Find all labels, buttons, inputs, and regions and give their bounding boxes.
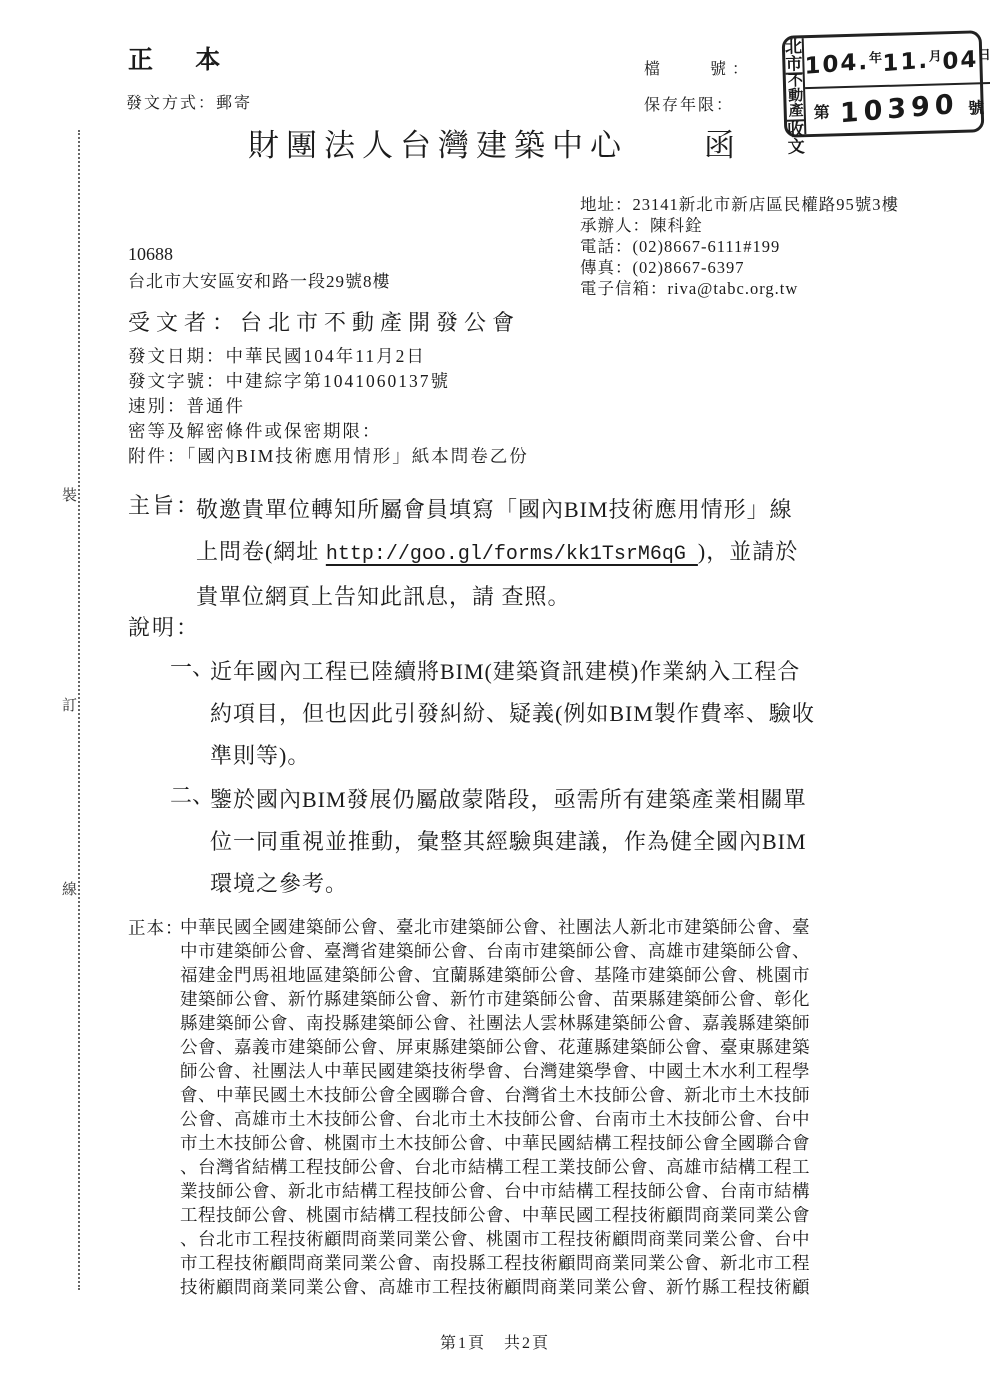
copies-line: 建築師公會、新竹縣建築師公會、新竹市建築師公會、苗栗縣建築師公會、彰化 xyxy=(180,987,920,1011)
stamp-number-suffix: 號 xyxy=(968,95,985,118)
subject-line2-pre: 上問卷(網址 xyxy=(196,539,326,564)
stamp-org-line2: 不動產 xyxy=(786,72,804,119)
description-line: 環境之參考。 xyxy=(210,863,930,905)
binding-mark-xian: 線 xyxy=(62,876,77,901)
survey-url: http://goo.gl/forms/kk1TsrM6qG xyxy=(326,543,698,566)
page-number-footer: 第1頁 共2頁 xyxy=(0,1330,990,1353)
copies-label: 正本： xyxy=(128,915,184,940)
description-item-2: 二、 鑒於國內BIM發展仍屬啟蒙階段，亟需所有建築產業相關單 位一同重視並推動，… xyxy=(170,779,930,905)
description-line: 鑒於國內BIM發展仍屬啟蒙階段，亟需所有建築產業相關單 xyxy=(210,779,930,821)
subject-body: 敬邀貴單位轉知所屬會員填寫「國內BIM技術應用情形」線 上問卷(網址 http:… xyxy=(196,489,916,618)
delivery-method: 發文方式：郵寄 xyxy=(126,90,252,113)
document-meta-block: 發文日期：中華民國104年11月2日 發文字號：中建綜字第1041060137號… xyxy=(128,344,529,469)
binding-dotted-line xyxy=(78,130,80,1290)
stamp-year-label: 年 xyxy=(869,47,883,66)
copies-line: 市土木技師公會、桃園市土木技師公會、中華民國結構工程技師公會全國聯合會 xyxy=(180,1131,920,1155)
stamp-right-column: 104.年 11.月 04日 第 10390 號 xyxy=(804,33,990,134)
sender-fax: 傳真：(02)8667-6397 xyxy=(580,257,899,278)
description-label: 說明： xyxy=(128,611,200,642)
copies-line: 中市建築師公會、臺灣省建築師公會、台南市建築師公會、高雄市建築師公會、 xyxy=(180,939,920,963)
subject-line: 貴單位網頁上告知此訊息，請 查照。 xyxy=(196,576,916,618)
copies-line: 、台北市工程技術顧問商業同業公會、桃園市工程技術顧問商業同業公會、台中 xyxy=(180,1227,920,1251)
description-line: 約項目，但也因此引發糾紛、疑義(例如BIM製作費率、驗收 xyxy=(210,693,930,735)
recipient-line: 受文者：台北市不動產開發公會 xyxy=(128,306,520,337)
stamp-month-label: 月 xyxy=(928,45,942,64)
sender-email: 電子信箱：riva@tabc.org.tw xyxy=(580,278,899,299)
issue-number: 發文字號：中建綜字第1041060137號 xyxy=(128,369,529,394)
recipient-postal-code: 10688 xyxy=(128,244,173,265)
copies-line: 技術顧問商業同業公會、高雄市工程技術顧問商業同業公會、新竹縣工程技術顧 xyxy=(180,1275,920,1299)
retention-period-label: 保存年限： xyxy=(644,92,734,115)
stamp-month-value: 11. xyxy=(882,47,929,77)
issue-date: 發文日期：中華民國104年11月2日 xyxy=(128,344,529,369)
binding-mark-zhuang: 裝 xyxy=(62,482,77,507)
stamp-org-line1: 北市 xyxy=(785,38,803,72)
subject-line: 上問卷(網址 http://goo.gl/forms/kk1TsrM6qG )，… xyxy=(196,531,916,576)
scanned-letter-page: 正 本 發文方式：郵寄 檔 號： 保存年限： 北市 不動產 收文 104.年 1… xyxy=(0,0,990,1400)
copies-line: 師公會、社團法人中華民國建築技術學會、台灣建築學會、中國土木水利工程學 xyxy=(180,1059,920,1083)
description-line: 近年國內工程已陸續將BIM(建築資訊建模)作業納入工程合 xyxy=(210,651,930,693)
copy-type-label: 正 本 xyxy=(128,40,238,76)
stamp-date-row: 104.年 11.月 04日 xyxy=(804,33,990,89)
copies-line: 工程技師公會、桃園市結構工程技師公會、中華民國工程技術顧問商業同業公會 xyxy=(180,1203,920,1227)
item-number: 一、 xyxy=(170,651,214,682)
security-class: 密等及解密條件或保密期限： xyxy=(128,419,529,444)
sender-address: 地址：23141新北市新店區民權路95號3樓 xyxy=(580,194,899,215)
copies-line: 業技師公會、新北市結構工程技師公會、台中市結構工程技師公會、台南市結構 xyxy=(180,1179,920,1203)
document-title: 財團法人台灣建築中心 函 xyxy=(0,120,990,165)
stamp-day-label: 日 xyxy=(977,44,990,63)
binding-mark-ding: 訂 xyxy=(62,692,77,717)
sender-contact-person: 承辦人：陳科銓 xyxy=(580,215,899,236)
copies-line: 市工程技術顧問商業同業公會、南投縣工程技術顧問商業同業公會、新北市工程 xyxy=(180,1251,920,1275)
sender-contact-block: 地址：23141新北市新店區民權路95號3樓 承辦人：陳科銓 電話：(02)86… xyxy=(580,194,899,299)
file-number-label: 檔 號： xyxy=(644,56,754,79)
sender-phone: 電話：(02)8667-6111#199 xyxy=(580,236,899,257)
copies-line: 中華民國全國建築師公會、臺北市建築師公會、社團法人新北市建築師公會、臺 xyxy=(180,915,920,939)
stamp-day-value: 04 xyxy=(942,46,978,75)
copies-line: 縣建築師公會、南投縣建築師公會、社團法人雲林縣建築師公會、嘉義縣建築師 xyxy=(180,1011,920,1035)
attachment-note: 附件：「國內BIM技術應用情形」紙本問卷乙份 xyxy=(128,444,529,469)
subject-label: 主旨： xyxy=(128,489,200,520)
copies-line: 公會、高雄市土木技師公會、台北市土木技師公會、台南市土木技師公會、台中 xyxy=(180,1107,920,1131)
description-line: 位一同重視並推動，彙整其經驗與建議，作為健全國內BIM xyxy=(210,821,930,863)
subject-line2-post: )，並請於 xyxy=(698,539,798,564)
stamp-year-value: 104. xyxy=(804,48,869,79)
description-line: 準則等)。 xyxy=(210,735,930,777)
copies-list: 中華民國全國建築師公會、臺北市建築師公會、社團法人新北市建築師公會、臺 中市建築… xyxy=(180,915,920,1299)
description-item-1: 一、 近年國內工程已陸續將BIM(建築資訊建模)作業納入工程合 約項目，但也因此… xyxy=(170,651,930,777)
copies-line: 、台灣省結構工程技師公會、台北市結構工程工業技師公會、高雄市結構工程工 xyxy=(180,1155,920,1179)
copies-line: 福建金門馬祖地區建築師公會、宜蘭縣建築師公會、基隆市建築師公會、桃園市 xyxy=(180,963,920,987)
copies-line: 會、中華民國土木技師公會全國聯合會、台灣省土木技師公會、新北市土木技師 xyxy=(180,1083,920,1107)
subject-line: 敬邀貴單位轉知所屬會員填寫「國內BIM技術應用情形」線 xyxy=(196,489,916,531)
copies-line: 公會、嘉義市建築師公會、屏東縣建築師公會、花蓮縣建築師公會、臺東縣建築 xyxy=(180,1035,920,1059)
recipient-address: 台北市大安區安和路一段29號8樓 xyxy=(128,267,391,292)
speed-class: 速別：普通件 xyxy=(128,394,529,419)
item-number: 二、 xyxy=(170,779,214,810)
